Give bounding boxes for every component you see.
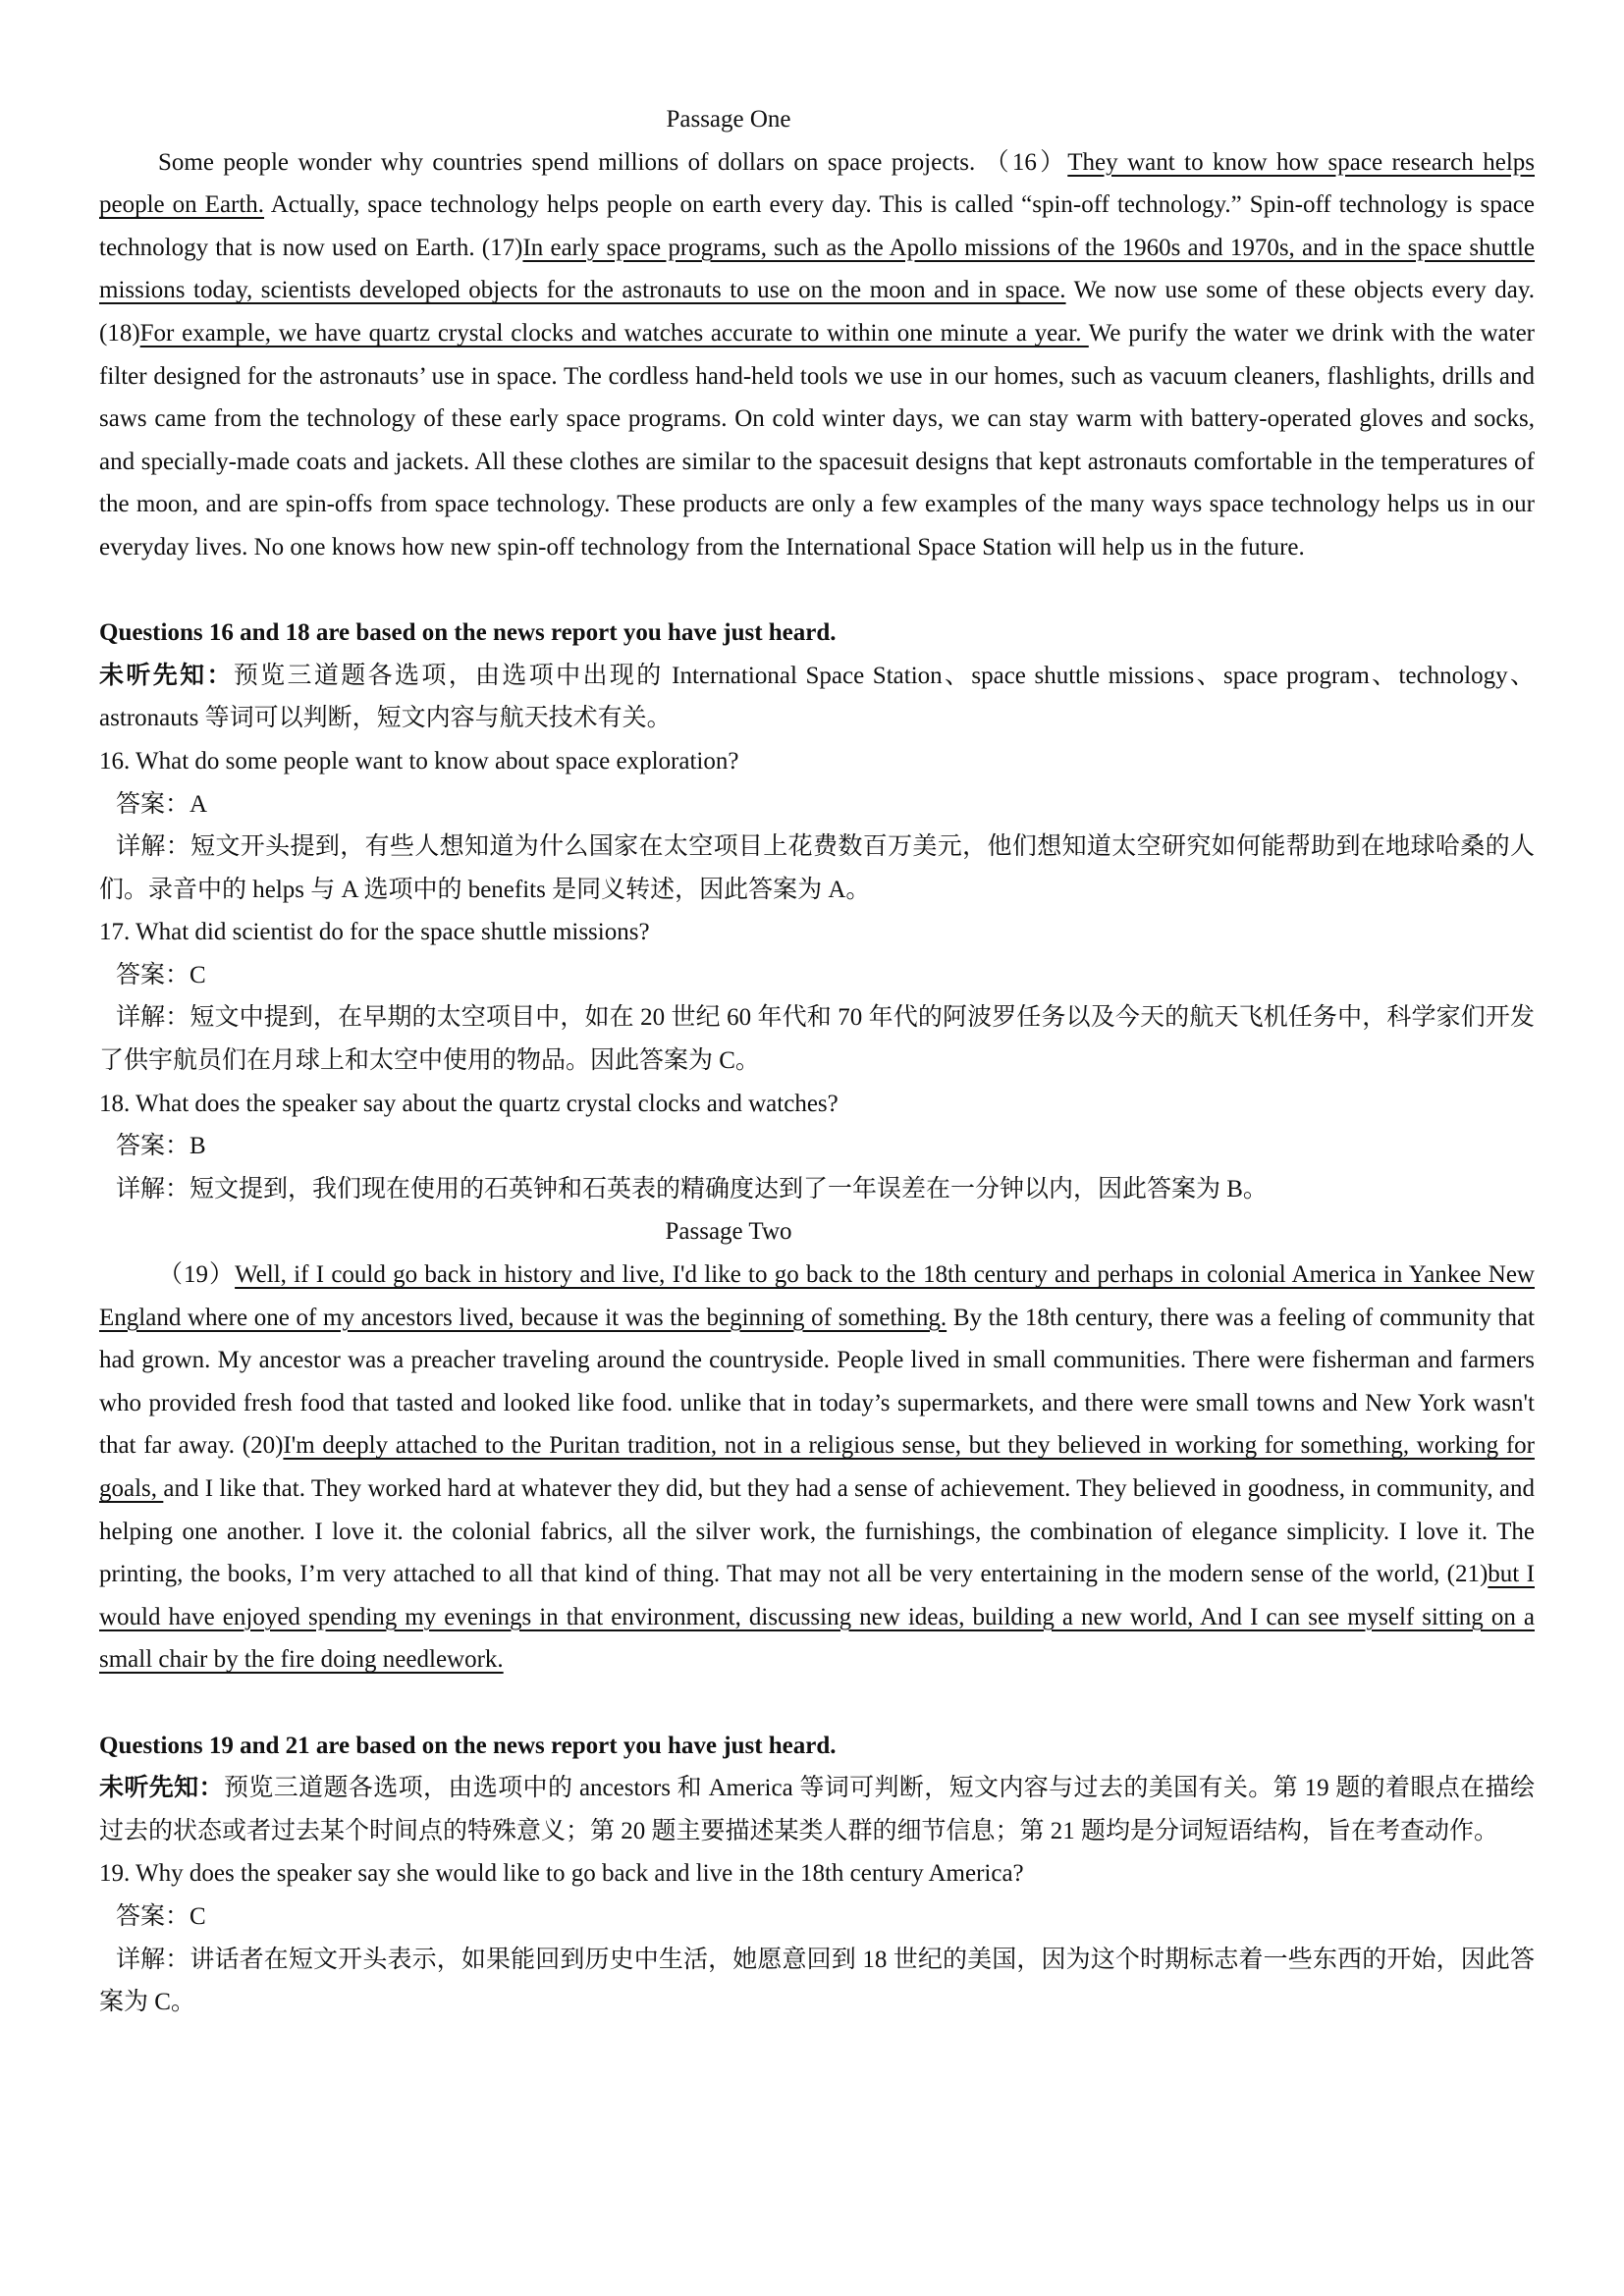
underlined-answer-18: For example, we have quartz crystal cloc… [140,320,1089,347]
preview-text: 预览三道题各选项，由选项中出现的 International Space Sta… [99,663,1535,732]
preview-label: 未听先知： [99,663,234,689]
detail-18: 详解：短文提到，我们现在使用的石英钟和石英表的精确度达到了一年误差在一分钟以内，… [99,1168,1535,1211]
section-two-heading: Questions 19 and 21 are based on the new… [99,1725,1535,1768]
detail-19: 详解：讲话者在短文开头表示，如果能回到历史中生活，她愿意回到 18 世纪的美国，… [99,1939,1535,2024]
document-page: Passage One Some people wonder why count… [99,98,1535,2024]
passage-text: （19） [158,1261,235,1288]
question-18: 18. What does the speaker say about the … [99,1083,1535,1126]
section-one-preview: 未听先知：预览三道题各选项，由选项中出现的 International Spac… [99,655,1535,740]
answer-19: 答案：C [99,1896,1535,1939]
answer-17: 答案：C [99,954,1535,997]
preview-label: 未听先知： [99,1775,224,1801]
passage-one-body: Some people wonder why countries spend m… [99,141,1535,569]
passage-text: Some people wonder why countries spend m… [158,149,1067,176]
question-16: 16. What do some people want to know abo… [99,740,1535,783]
question-17: 17. What did scientist do for the space … [99,911,1535,954]
passage-text: We purify the water we drink with the wa… [99,320,1535,561]
passage-text: and I like that. They worked hard at wha… [99,1475,1535,1587]
passage-two-body: （19）Well, if I could go back in history … [99,1254,1535,1682]
answer-18: 答案：B [99,1125,1535,1168]
preview-text: 预览三道题各选项，由选项中的 ancestors 和 America 等词可判断… [99,1775,1535,1844]
passage-two-title: Passage Two [99,1210,1535,1254]
passage-one-title: Passage One [99,98,1535,141]
answer-16: 答案：A [99,783,1535,827]
section-two-preview: 未听先知：预览三道题各选项，由选项中的 ancestors 和 America … [99,1767,1535,1852]
detail-16: 详解：短文开头提到，有些人想知道为什么国家在太空项目上花费数百万美元，他们想知道… [99,826,1535,911]
section-one-heading: Questions 16 and 18 are based on the new… [99,612,1535,655]
detail-17: 详解：短文中提到，在早期的太空项目中，如在 20 世纪 60 年代和 70 年代… [99,996,1535,1082]
question-19: 19. Why does the speaker say she would l… [99,1852,1535,1896]
